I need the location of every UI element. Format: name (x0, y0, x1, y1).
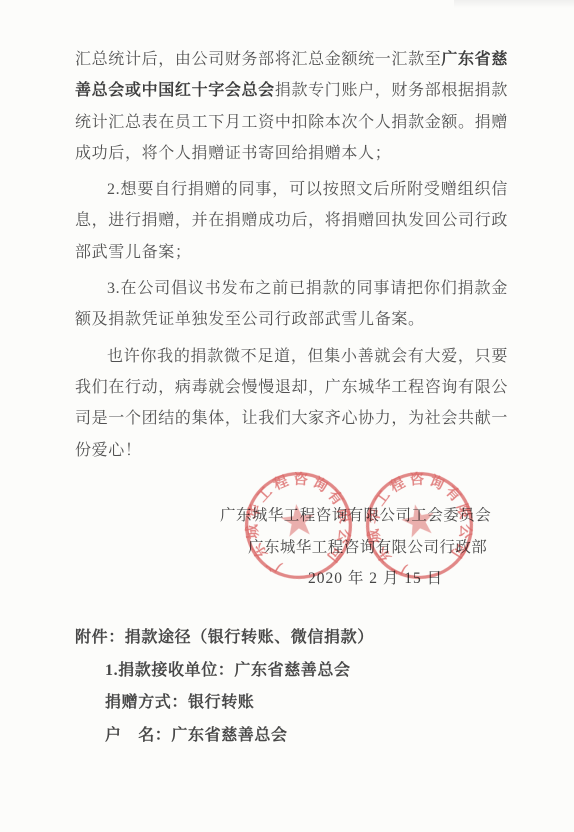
text-run: 2.想要自行捐赠的同事，可以按照文后所附受赠组织信息，进行捐赠，并在捐赠成功后，… (75, 181, 508, 261)
attachment-block: 附件：捐款途径（银行转账、微信捐款） 1.捐款接收单位：广东省慈善总会 捐赠方式… (75, 622, 515, 752)
attachment-line: 捐赠方式：银行转账 (75, 687, 515, 720)
scanned-document-page: 汇总统计后，由公司财务部将汇总金额统一汇款至广东省慈善总会或中国红十字会总会捐款… (0, 0, 574, 832)
attachment-line: 1.捐款接收单位：广东省慈善总会 (75, 655, 515, 688)
body-text: 汇总统计后，由公司财务部将汇总金额统一汇款至广东省慈善总会或中国红十字会总会捐款… (75, 44, 508, 471)
paragraph: 汇总统计后，由公司财务部将汇总金额统一汇款至广东省慈善总会或中国红十字会总会捐款… (75, 44, 508, 169)
company-seal-left: 广东城华工程咨询有限公司 (236, 463, 360, 587)
attachment-title: 附件：捐款途径（银行转账、微信捐款） (75, 622, 515, 655)
text-run: 3.在公司倡议书发布之前已捐款的同事请把你们捐款金额及捐款凭证单独发至公司行政部… (75, 280, 508, 328)
scan-edge-shading (454, 0, 574, 8)
text-run: 汇总统计后，由公司财务部将汇总金额统一汇款至 (75, 51, 441, 68)
text-run: 也许你我的捐款微不足道，但集小善就会有大爱，只要我们在行动，病毒就会慢慢退却，广… (75, 348, 508, 459)
paragraph: 2.想要自行捐赠的同事，可以按照文后所附受赠组织信息，进行捐赠，并在捐赠成功后，… (75, 174, 508, 268)
attachment-line: 户 名：广东省慈善总会 (75, 720, 515, 753)
paragraph: 3.在公司倡议书发布之前已捐款的同事请把你们捐款金额及捐款凭证单独发至公司行政部… (75, 273, 508, 336)
company-seal-right: 广东城华工程咨询有限公司 (352, 458, 486, 592)
paragraph: 也许你我的捐款微不足道，但集小善就会有大爱，只要我们在行动，病毒就会慢慢退却，广… (75, 341, 508, 466)
star-icon (280, 502, 316, 537)
star-icon (399, 501, 438, 539)
